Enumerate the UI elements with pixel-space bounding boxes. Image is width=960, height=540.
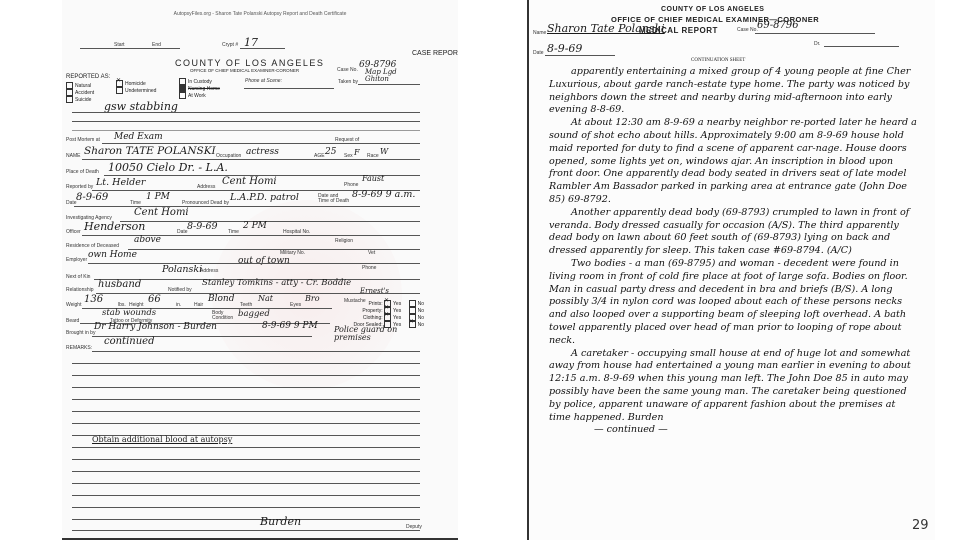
weight-value: 136 (84, 294, 103, 305)
date-time-death-value: 8-9-69 9 a.m. (352, 189, 415, 200)
rule (74, 206, 420, 207)
date-value: 8-9-69 (547, 42, 582, 55)
post-mortem-value: Med Exam (114, 132, 163, 142)
option-label: Undetermined (125, 88, 156, 94)
end-label: End (152, 42, 161, 48)
continued-note: — continued — (549, 424, 917, 437)
date-time-death-label: Date and Time of Death (318, 194, 350, 204)
option-at-work[interactable]: At Work (179, 92, 220, 99)
pronounced-dead-value: L.A.P.D. patrol (230, 192, 299, 203)
relationship-value: husband (98, 279, 141, 290)
yes-checkbox-checked-icon[interactable] (384, 314, 391, 321)
reported-by-value: Lt. Helder (96, 177, 145, 188)
phone-label: Phone (344, 182, 358, 188)
no-label: No (418, 308, 424, 314)
checkbox-icon[interactable] (66, 89, 73, 96)
no-label: No (418, 322, 424, 328)
rule (72, 387, 420, 388)
body-condition-value: bagged (238, 309, 270, 319)
teeth-value: Nat (258, 294, 273, 303)
option-in-custody[interactable]: In Custody (179, 78, 220, 85)
narrative-paragraph: Another apparently dead body (69-8793) c… (549, 207, 917, 258)
narrative-paragraph: At about 12:30 am 8-9-69 a nearby neighb… (549, 117, 917, 207)
start-end-line (80, 48, 180, 49)
weight-label: Weight (66, 302, 81, 308)
option-accident[interactable]: Accident (66, 89, 94, 96)
occupation-value: actress (246, 147, 279, 157)
name-label: Name (533, 30, 546, 36)
rule (72, 483, 420, 484)
body-condition-label: Body Condition (212, 311, 234, 321)
place-of-death-label: Place of Death (66, 169, 99, 175)
taken-by-value: Ghiton (365, 75, 389, 83)
option-nursing-home[interactable]: Nursing Home (179, 85, 220, 92)
checklist-label: Prints (368, 301, 381, 307)
next-of-kin-value: Polanski (162, 264, 202, 275)
narrative-paragraph: Two bodies - a man (69-8795) and woman -… (549, 258, 917, 348)
case-no-label: Case No. (337, 67, 358, 73)
rule (72, 112, 420, 113)
rule (545, 55, 615, 56)
signature: Burden (260, 515, 301, 528)
rule (72, 411, 420, 412)
next-of-kin-label: Next of Kin (66, 274, 90, 280)
option-suicide[interactable]: Suicide (66, 96, 94, 103)
option-homicide[interactable]: Homicide (116, 80, 156, 87)
rule (72, 519, 420, 520)
county-title: COUNTY OF LOS ANGELES (175, 58, 324, 68)
taken-by-line (358, 84, 420, 85)
rule (72, 471, 420, 472)
brought-in-date: 8-9-69 9 PM (262, 321, 318, 331)
crypt-line (240, 48, 285, 49)
case-report-title: CASE REPORT (412, 50, 458, 57)
reported-as-col3: In Custody Nursing Home At Work (179, 78, 220, 99)
post-mortem-label: Post Mortem at (66, 137, 100, 143)
rule (72, 507, 420, 508)
phone-at-scene-label: Phone at Scene: (245, 78, 282, 84)
rule (72, 130, 420, 131)
rule (128, 249, 420, 250)
evidence-checklist: Prints: Yes No Property: Yes No Clothing… (324, 300, 424, 328)
investigating-agency-value: Cent Homi (134, 207, 189, 218)
reported-as-title: REPORTED AS: (66, 74, 110, 80)
rule (72, 399, 420, 400)
source-caption: AutopsyFiles.org - Sharon Tate Polanski … (62, 11, 458, 17)
religion-label: Religion (335, 238, 353, 244)
race-value: W (380, 147, 388, 156)
checkbox-icon[interactable] (66, 82, 73, 89)
rule (92, 351, 420, 352)
sex-value: F (354, 148, 360, 157)
date-label: Date (533, 50, 544, 56)
officer-value: Henderson (84, 220, 145, 233)
checkbox-icon[interactable] (116, 87, 123, 94)
employer-value: own Home (88, 250, 137, 260)
officer-label: Officer (66, 229, 81, 235)
checklist-property: Property: Yes No (324, 307, 424, 314)
yes-label: Yes (393, 301, 401, 307)
reported-by-label: Reported by (66, 184, 93, 190)
case-no-value: 69-8796 (757, 20, 799, 31)
report-title: MEDICAL REPORT (639, 26, 718, 35)
reported-as-col2: Homicide Undetermined (116, 80, 156, 94)
rule (72, 530, 420, 531)
crypt-label: Crypt # (222, 42, 238, 48)
kin-phone-label: Phone (362, 265, 376, 271)
name-value: Sharon TATE POLANSKI (84, 145, 216, 157)
narrative-paragraph: A caretaker - occupying small house at e… (549, 348, 917, 425)
rule (755, 33, 875, 34)
phone-value: Faust (362, 174, 384, 183)
option-undetermined[interactable]: Undetermined (116, 87, 156, 94)
checklist-prints: Prints: Yes No (324, 300, 424, 307)
name-label: NAME (66, 153, 80, 159)
residence-value: above (134, 235, 161, 245)
option-label: In Custody (188, 79, 212, 85)
option-label: Accident (75, 90, 94, 96)
county-title: COUNTY OF LOS ANGELES (661, 6, 764, 13)
beard-label: Beard (66, 318, 79, 324)
dr-label: Dr. (814, 41, 820, 47)
checkbox-checked-icon[interactable] (116, 80, 123, 87)
rule (72, 447, 420, 448)
residence-label: Residence of Deceased (66, 243, 119, 249)
reported-as-col1: Natural Accident Suicide (66, 82, 94, 103)
remarks-label: REMARKS: (66, 345, 92, 351)
remarks-value: continued (104, 336, 154, 347)
eyes-value: Bro (305, 294, 320, 303)
address-value: Cent Homi (222, 176, 277, 187)
vet-label: Vet (368, 250, 375, 256)
phone-scene-line (244, 88, 334, 89)
police-note: Police guard on premises (334, 326, 414, 342)
narrative-paragraph: apparently entertaining a mixed group of… (549, 66, 917, 117)
office-title: OFFICE OF CHIEF MEDICAL EXAMINER-CORONER (190, 68, 299, 73)
bottom-note: Obtain additional blood at autopsy (92, 435, 232, 444)
yes-label: Yes (393, 315, 401, 321)
place-of-death-value: 10050 Cielo Dr. - L.A. (108, 161, 228, 174)
rule (824, 46, 899, 47)
rule (72, 375, 420, 376)
taken-by-label: Taken by (338, 79, 358, 85)
rule (72, 495, 420, 496)
slide-page-number: 29 (912, 518, 929, 533)
age-value: 25 (325, 147, 336, 157)
option-label: Natural (75, 83, 91, 89)
option-label: Homicide (125, 81, 146, 87)
option-label: Nursing Home (188, 86, 220, 92)
rule (82, 235, 420, 236)
notified-by-value: Stanley Tomkins - atty - Cr. Boddie (202, 278, 351, 288)
deputy-label: Deputy (406, 524, 422, 530)
yes-label: Yes (393, 308, 401, 314)
date-value: 8-9-69 (76, 192, 108, 203)
rule (72, 363, 420, 364)
no-checkbox-icon[interactable] (409, 300, 416, 307)
rule (82, 159, 420, 160)
rule (120, 221, 420, 222)
hair-value: Blond (208, 294, 234, 304)
relationship-label: Relationship (66, 287, 94, 293)
no-label: No (418, 315, 424, 321)
checkbox-icon[interactable] (179, 78, 186, 85)
military-value: out of town (238, 256, 290, 266)
no-label: No (418, 301, 424, 307)
checklist-label: Clothing (363, 315, 381, 321)
rule (72, 423, 420, 424)
no-checkbox-icon[interactable] (409, 307, 416, 314)
start-label: Start (114, 42, 125, 48)
rule (88, 263, 420, 264)
tattoo-value: stab wounds (102, 308, 156, 318)
option-label: Suicide (75, 97, 91, 103)
option-natural[interactable]: Natural (66, 82, 94, 89)
officer-date-value: 8-9-69 (187, 221, 218, 232)
checkbox-icon[interactable] (66, 96, 73, 103)
brought-in-value: Dr Harry Johnson - Burden (94, 322, 217, 332)
continuation-sheet-title: CONTINUATION SHEET (691, 58, 745, 63)
case-report-page: AutopsyFiles.org - Sharon Tate Polanski … (62, 0, 458, 540)
checkbox-icon[interactable] (179, 92, 186, 99)
time-value: 1 PM (146, 192, 170, 202)
employer-label: Employer (66, 257, 87, 263)
narrative-text: apparently entertaining a mixed group of… (549, 66, 917, 437)
checkbox-filled-icon[interactable] (179, 85, 186, 92)
option-label: At Work (188, 93, 206, 99)
medical-report-page: COUNTY OF LOS ANGELES OFFICE OF CHIEF ME… (527, 0, 935, 540)
checklist-label: Property (362, 308, 381, 314)
rule (102, 143, 420, 144)
rule (72, 459, 420, 460)
height-value: 66 (148, 294, 161, 305)
rule (72, 121, 420, 122)
kin-address-label: Address (200, 268, 218, 274)
officer-time-value: 2 PM (243, 221, 267, 231)
